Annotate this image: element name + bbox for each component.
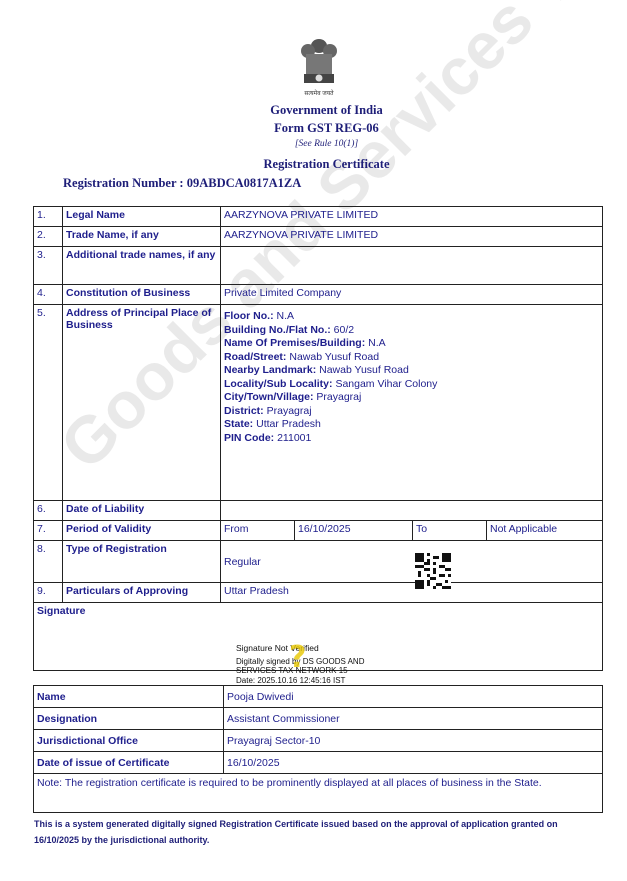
signature-label: Signature (37, 605, 85, 617)
row-label: Particulars of Approving (63, 583, 221, 603)
row-label: Period of Validity (63, 521, 221, 541)
table-row: 6. Date of Liability (34, 501, 603, 521)
designation-label: Designation (34, 708, 224, 730)
row-label: Address of Principal Place of Business (63, 305, 221, 501)
issue-date-value: 16/10/2025 (224, 752, 603, 774)
validity-to-label: To (413, 521, 487, 541)
row-label: Constitution of Business (63, 285, 221, 305)
table-row: Name Pooja Dwivedi (34, 686, 603, 708)
row-number: 8. (34, 541, 63, 583)
constitution-value: Private Limited Company (221, 285, 603, 305)
validity-from-label: From (221, 521, 295, 541)
row-number: 5. (34, 305, 63, 501)
liability-value (221, 501, 603, 521)
table-row: 4. Constitution of Business Private Limi… (34, 285, 603, 305)
row-label: Date of Liability (63, 501, 221, 521)
trade-name-value: AARZYNOVA PRIVATE LIMITED (221, 227, 603, 247)
legal-name-value: AARZYNOVA PRIVATE LIMITED (221, 207, 603, 227)
validity-to-value: Not Applicable (487, 521, 603, 541)
table-row: 1. Legal Name AARZYNOVA PRIVATE LIMITED (34, 207, 603, 227)
svg-text:सत्यमेव जयते: सत्यमेव जयते (304, 89, 334, 97)
row-number: 9. (34, 583, 63, 603)
header-title: Registration Certificate (13, 157, 627, 172)
details-table: 1. Legal Name AARZYNOVA PRIVATE LIMITED … (33, 206, 603, 671)
footer-statement: This is a system generated digitally sig… (34, 816, 604, 848)
officer-table: Name Pooja Dwivedi Designation Assistant… (33, 685, 603, 813)
table-row: 8. Type of Registration Regular (34, 541, 603, 583)
validity-from-value: 16/10/2025 (295, 521, 413, 541)
table-row: 5. Address of Principal Place of Busines… (34, 305, 603, 501)
row-label: Type of Registration (63, 541, 221, 583)
row-number: 6. (34, 501, 63, 521)
signature-date: Date: 2025.10.16 12:45:16 IST (236, 676, 365, 686)
registration-type-value: Regular (224, 556, 261, 568)
note-row: Note: The registration certificate is re… (34, 774, 603, 813)
table-row: 7. Period of Validity From 16/10/2025 To… (34, 521, 603, 541)
address-value: Floor No.: N.A Building No./Flat No.: 60… (221, 305, 603, 501)
jurisdiction-value: Prayagraj Sector-10 (224, 730, 603, 752)
jurisdiction-label: Jurisdictional Office (34, 730, 224, 752)
approving-value: Uttar Pradesh (221, 583, 603, 603)
row-number: 3. (34, 247, 63, 285)
table-row: 3. Additional trade names, if any (34, 247, 603, 285)
row-label: Trade Name, if any (63, 227, 221, 247)
additional-names-value (221, 247, 603, 285)
issue-date-label: Date of issue of Certificate (34, 752, 224, 774)
row-number: 1. (34, 207, 63, 227)
table-row: Designation Assistant Commissioner (34, 708, 603, 730)
qr-code-icon (415, 553, 451, 589)
header-government: Government of India (13, 103, 627, 118)
registration-number: Registration Number : 09ABDCA0817A1ZA (63, 176, 301, 191)
row-label: Legal Name (63, 207, 221, 227)
header-rule: [See Rule 10(1)] (13, 139, 627, 149)
row-number: 2. (34, 227, 63, 247)
row-number: 4. (34, 285, 63, 305)
table-row: Jurisdictional Office Prayagraj Sector-1… (34, 730, 603, 752)
table-row: 2. Trade Name, if any AARZYNOVA PRIVATE … (34, 227, 603, 247)
row-label: Additional trade names, if any (63, 247, 221, 285)
national-emblem-icon: सत्यमेव जयते (298, 36, 340, 98)
note-text: Note: The registration certificate is re… (34, 774, 603, 813)
signature-unverified-icon: ? (289, 640, 306, 675)
officer-name-label: Name (34, 686, 224, 708)
table-row: Date of issue of Certificate 16/10/2025 (34, 752, 603, 774)
row-number: 7. (34, 521, 63, 541)
registration-type-cell: Regular (221, 541, 603, 583)
designation-value: Assistant Commissioner (224, 708, 603, 730)
table-row: 9. Particulars of Approving Uttar Prades… (34, 583, 603, 603)
header-form: Form GST REG-06 (13, 121, 627, 136)
officer-name-value: Pooja Dwivedi (224, 686, 603, 708)
